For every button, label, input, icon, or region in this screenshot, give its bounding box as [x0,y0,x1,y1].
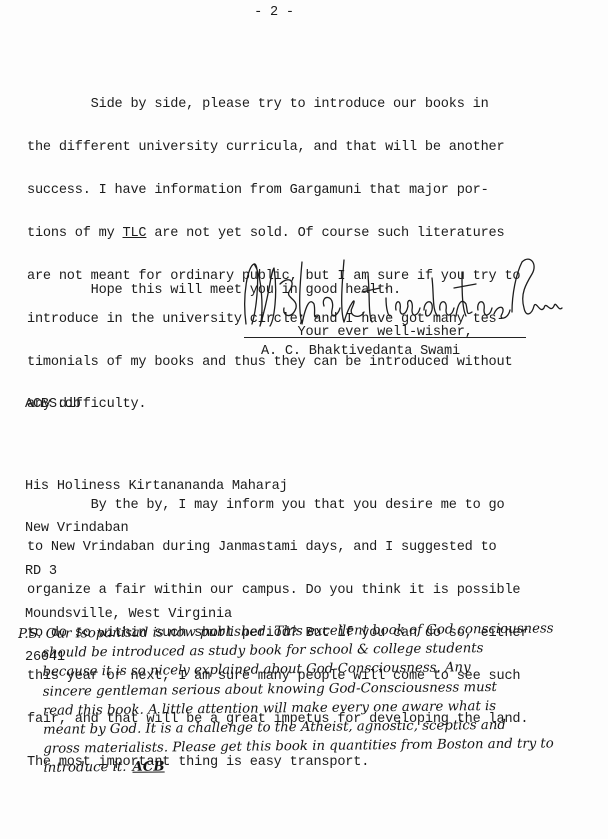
recipient-route: RD 3 [25,565,288,579]
body-line: success. I have information from Gargamu… [27,184,528,198]
handwritten-signature [240,254,570,334]
postscript-line: introduce it. [43,760,126,776]
underlined-tlc: TLC [123,226,147,241]
signature-line [244,337,526,338]
postscript-initials: ACB [132,758,164,778]
letter-page: - 2 - Side by side, please try to introd… [0,0,608,839]
page-number: - 2 - [0,6,548,20]
signer-name: A. C. Bhaktivedanta Swami [261,345,460,359]
text-before-tlc: tions of my [27,226,123,241]
recipient-name: His Holiness Kirtanananda Maharaj [25,480,288,494]
body-line: any difficulty. [27,398,528,412]
recipient-location: New Vrindaban [25,522,288,536]
reference-initials: ACBS:db [25,398,81,412]
text-after-tlc: are not yet sold. Of course such literat… [146,226,504,241]
body-line: the different university curricula, and … [27,141,528,155]
body-line-with-underline: tions of my TLC are not yet sold. Of cou… [27,227,528,241]
recipient-city-state: Moundsville, West Virginia [25,608,288,622]
body-line: Side by side, please try to introduce ou… [27,98,528,112]
handwritten-postscript: P.S. Our Isopanisad is now published. Th… [18,619,600,779]
